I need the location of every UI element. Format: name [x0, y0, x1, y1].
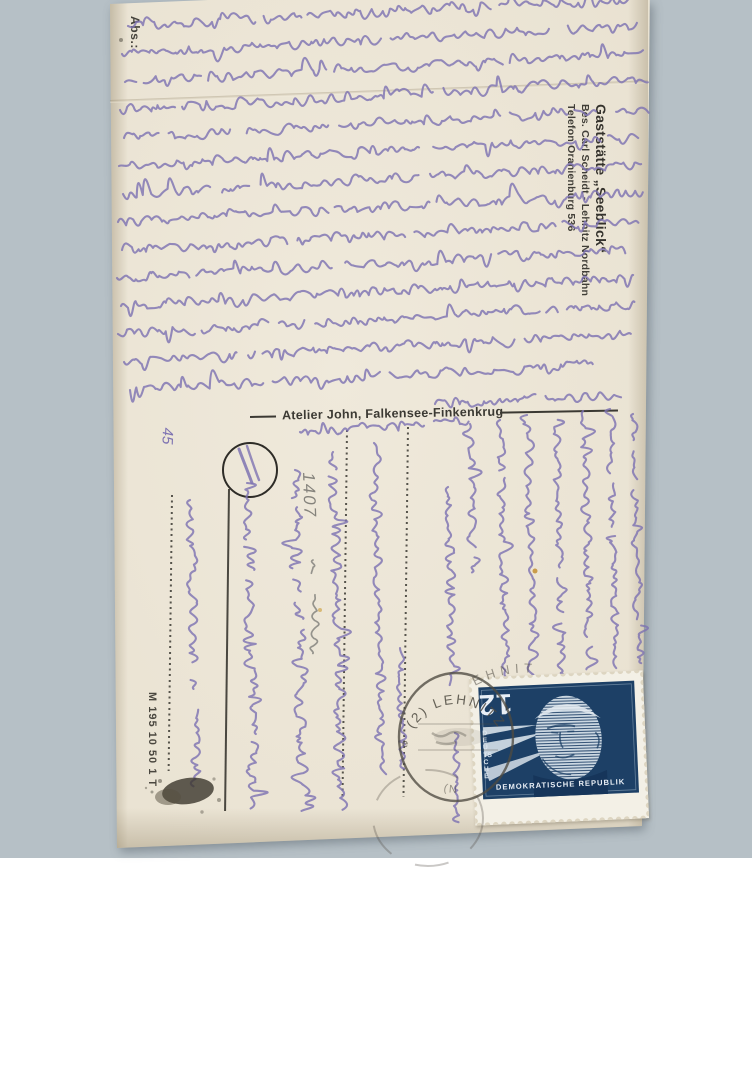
stamp-denomination: 12 — [475, 686, 514, 721]
printed-circle — [222, 442, 278, 498]
pencil-number-note: 1407 — [298, 472, 320, 518]
print-code: M 195 10 50 1 T — [146, 692, 158, 787]
postcard-back — [0, 0, 752, 1072]
postage-stamp: 12 DEUTSCHE DEMOKRATISCHE REPUBLIK — [469, 670, 649, 825]
divider-rule-left — [250, 416, 276, 418]
venue-owner: Bes. Carl Scheidt - Lehnitz Nordbahn — [578, 104, 592, 296]
divider-rule-right — [500, 410, 618, 414]
scanned-postcard-photo: Abs.: Gaststätte „Seeblick“ Bes. Carl Sc… — [0, 0, 752, 1072]
studio-imprint: Atelier John, Falkensee-Finkenkrug — [282, 405, 504, 423]
venue-imprint: Gaststätte „Seeblick“ Bes. Carl Scheidt … — [564, 104, 610, 296]
venue-phone: Telefon Oranienburg 536 — [564, 104, 578, 296]
sender-label: Abs.: — [128, 16, 142, 49]
venue-name: Gaststätte „Seeblick“ — [591, 104, 610, 296]
postcard-shadow-wrap — [0, 0, 752, 1072]
handwritten-number-note: 45 — [158, 427, 176, 444]
